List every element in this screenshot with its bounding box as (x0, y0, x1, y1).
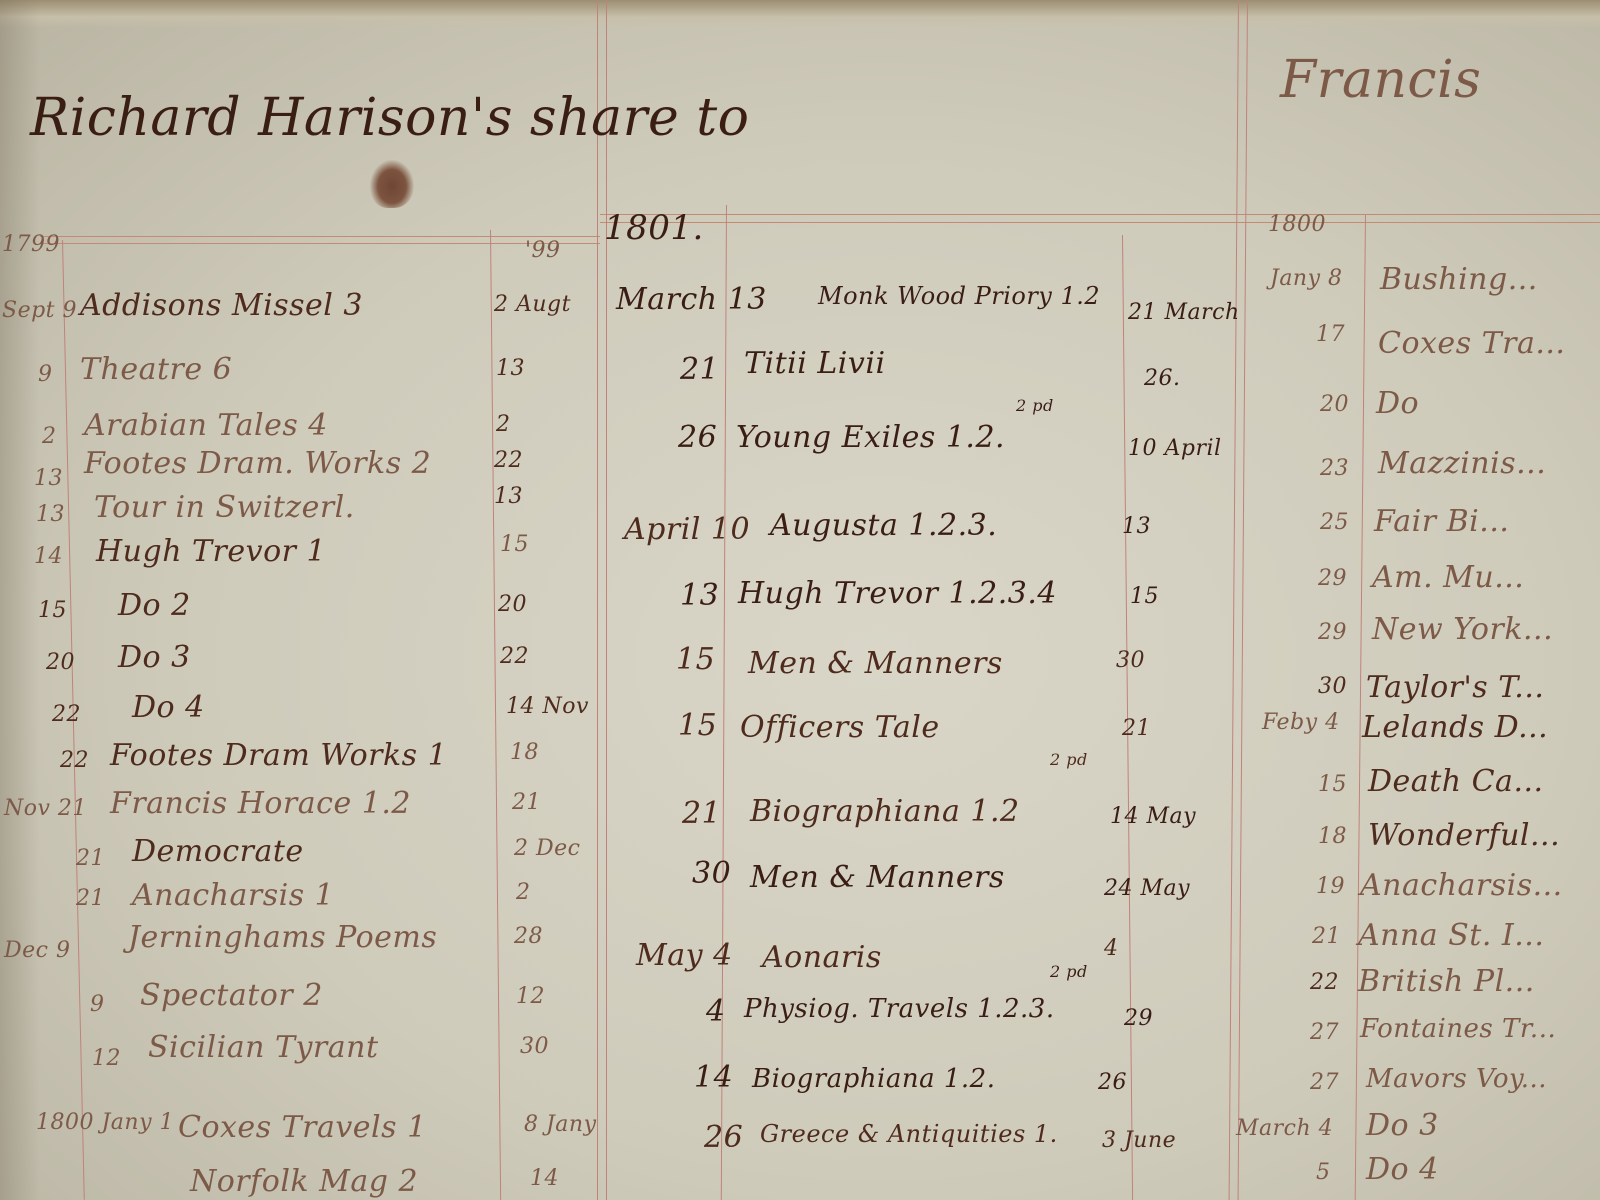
entry-title: Hugh Trevor 1 (96, 534, 326, 569)
entry-title: Taylor's T... (1366, 670, 1544, 705)
entry-title: Men & Manners (748, 646, 1003, 681)
ledger-page: Richard Harison's share to 1799 '99 Sept… (0, 0, 1600, 1200)
entry-date: 29 (1318, 566, 1347, 591)
entry-title: Do 4 (1366, 1152, 1439, 1187)
entry-date: Feby 4 (1262, 710, 1340, 735)
entry-date: 15 (678, 708, 717, 743)
entry-date: Dec 9 (4, 938, 70, 963)
entry-title: Addisons Missel 3 (80, 288, 363, 323)
entry-date: 21 (682, 796, 721, 831)
entry-returned: 13 (496, 356, 525, 381)
entry-title: Wonderful... (1368, 818, 1560, 853)
entry-date: 22 (52, 702, 81, 727)
entry-date: 14 (694, 1060, 733, 1095)
entry-returned: 21 March (1128, 300, 1240, 325)
entry-date: March 13 (616, 282, 767, 317)
entry-returned: 20 (498, 592, 527, 617)
entry-date: 20 (46, 650, 75, 675)
entry-date: 21 (76, 886, 105, 911)
entry-returned: 22 (500, 644, 529, 669)
right-section-heading: Francis (1280, 50, 1481, 110)
entry-date: April 10 (624, 512, 750, 547)
entry-returned: 26 (1098, 1070, 1127, 1095)
entry-title: Biographiana 1.2 (750, 794, 1020, 829)
entry-title: Anacharsis... (1360, 868, 1563, 903)
entry-date: 27 (1310, 1020, 1339, 1045)
entry-returned: 30 (1116, 648, 1145, 673)
left-return-year: '99 (525, 238, 561, 263)
entry-title: Hugh Trevor 1.2.3.4 (738, 576, 1057, 611)
left-section-heading: Richard Harison's share to (30, 88, 749, 148)
entry-title: Mazzinis... (1378, 446, 1546, 481)
entry-date: Sept 9 (2, 298, 77, 323)
entry-title: Do (1376, 386, 1419, 421)
entry-date: 26 (678, 420, 717, 455)
entry-title: Sicilian Tyrant (148, 1030, 379, 1065)
entry-title: Officers Tale (740, 710, 940, 745)
entry-date: 13 (36, 502, 65, 527)
entry-date: 18 (1318, 824, 1347, 849)
entry-title: Mavors Voy... (1366, 1064, 1547, 1094)
entry-title: Young Exiles 1.2. (736, 420, 1005, 455)
entry-title: Footes Dram Works 1 (110, 738, 447, 773)
entry-returned: 2 (516, 880, 531, 905)
entry-title: Do 2 (118, 588, 191, 623)
entry-title: Spectator 2 (140, 978, 323, 1013)
entry-returned: 30 (520, 1034, 549, 1059)
column-rule (1229, 0, 1239, 1200)
entry-returned: 4 (1104, 936, 1119, 961)
entry-returned: 13 (1122, 514, 1151, 539)
entry-date: 27 (1310, 1070, 1339, 1095)
entry-date: March 4 (1236, 1116, 1333, 1141)
entry-title: Am. Mu... (1372, 560, 1524, 595)
entry-date: Jany 8 (1270, 266, 1343, 291)
entry-date: 17 (1316, 322, 1345, 347)
entry-title: Titii Livii (744, 346, 886, 381)
entry-returned: 21 (1122, 716, 1151, 741)
column-rule (1238, 0, 1248, 1200)
entry-title: Jerninghams Poems (128, 920, 437, 955)
entry-date: 19 (1316, 874, 1345, 899)
entry-title: Augusta 1.2.3. (770, 508, 997, 543)
entry-returned: 14 Nov (506, 694, 589, 719)
entry-date: 29 (1318, 620, 1347, 645)
entry-returned: 10 April (1128, 436, 1222, 461)
entry-title: Anacharsis 1 (132, 878, 334, 913)
ink-blot (370, 160, 414, 208)
entry-returned: 29 (1124, 1006, 1153, 1031)
entry-date: 21 (1312, 924, 1341, 949)
entry-note: 2 pd (1050, 750, 1088, 769)
entry-date: 20 (1320, 392, 1349, 417)
entry-title: Aonaris (762, 940, 882, 975)
entry-title: Norfolk Mag 2 (190, 1164, 418, 1199)
entry-date: 25 (1320, 510, 1349, 535)
header-rule (600, 222, 1600, 223)
entry-date: 14 (34, 544, 63, 569)
entry-date: 15 (676, 642, 715, 677)
entry-title: Anna St. I... (1358, 918, 1544, 953)
right-year: 1800 (1268, 212, 1326, 237)
entry-date: 9 (38, 362, 53, 387)
entry-returned: 2 (496, 412, 511, 437)
entry-date: 13 (680, 578, 719, 613)
entry-returned: 22 (494, 448, 523, 473)
entry-title: Do 4 (132, 690, 205, 725)
entry-date: Nov 21 (4, 796, 87, 821)
entry-title: Greece & Antiquities 1. (760, 1120, 1058, 1148)
entry-title: Fair Bi... (1374, 504, 1509, 539)
page-top-edge (0, 0, 1600, 28)
header-rule (600, 214, 1600, 215)
column-rule (597, 0, 598, 1200)
entry-returned: 2 Augt (494, 292, 571, 317)
entry-title: Theatre 6 (80, 352, 232, 387)
entry-returned: 18 (510, 740, 539, 765)
entry-returned: 8 Jany (524, 1112, 597, 1137)
entry-returned: 13 (494, 484, 523, 509)
entry-title: Arabian Tales 4 (84, 408, 328, 443)
entry-returned: 12 (516, 984, 545, 1009)
entry-title: Do 3 (1366, 1108, 1439, 1143)
entry-returned: 3 June (1102, 1128, 1176, 1153)
entry-note: 2 pd (1016, 396, 1054, 415)
entry-title: Fontaines Tr... (1360, 1014, 1556, 1044)
entry-date: 23 (1320, 456, 1349, 481)
entry-title: Men & Manners (750, 860, 1005, 895)
entry-date: 15 (1318, 772, 1347, 797)
column-rule (606, 0, 607, 1200)
entry-returned: 21 (512, 790, 541, 815)
column-rule (1355, 215, 1366, 1200)
middle-year: 1801. (604, 208, 704, 248)
entry-date: 30 (692, 856, 731, 891)
entry-title: Francis Horace 1.2 (110, 786, 411, 821)
entry-date: 21 (680, 352, 719, 387)
entry-returned: 24 May (1104, 876, 1190, 901)
entry-title: Do 3 (118, 640, 191, 675)
entry-title: Coxes Tra... (1378, 326, 1565, 361)
entry-returned: 28 (514, 924, 543, 949)
entry-returned: 14 May (1110, 804, 1196, 829)
entry-title: Biographiana 1.2. (752, 1064, 995, 1094)
entry-title: New York... (1372, 612, 1553, 647)
entry-date: 4 (706, 994, 726, 1029)
entry-date: 30 (1318, 674, 1347, 699)
entry-returned: 14 (530, 1166, 559, 1191)
entry-title: Lelands D... (1362, 710, 1548, 745)
entry-title: Democrate (132, 834, 304, 869)
left-year: 1799 (2, 232, 60, 257)
entry-date: 2 (42, 424, 57, 449)
column-rule (721, 205, 727, 1200)
entry-date: 22 (60, 748, 89, 773)
header-rule (40, 243, 600, 244)
entry-title: Tour in Switzerl. (94, 490, 355, 525)
entry-title: Physiog. Travels 1.2.3. (744, 994, 1055, 1024)
entry-date: 1800 Jany 1 (36, 1110, 174, 1135)
entry-date: 21 (76, 846, 105, 871)
entry-title: Monk Wood Priory 1.2 (818, 282, 1100, 310)
entry-date: 13 (34, 466, 63, 491)
entry-title: Footes Dram. Works 2 (84, 446, 431, 481)
entry-date: 22 (1310, 970, 1339, 995)
entry-date: 12 (92, 1046, 121, 1071)
entry-date: 5 (1316, 1160, 1331, 1185)
entry-date: 15 (38, 598, 67, 623)
entry-date: 26 (704, 1120, 743, 1155)
entry-returned: 26. (1144, 366, 1181, 391)
entry-date: May 4 (636, 938, 733, 973)
entry-date: 9 (90, 992, 105, 1017)
entry-title: British Pl... (1358, 964, 1535, 999)
page-left-shadow (0, 0, 40, 1200)
entry-note: 2 pd (1050, 962, 1088, 981)
header-rule (40, 236, 600, 237)
entry-returned: 15 (500, 532, 529, 557)
entry-title: Death Ca... (1368, 764, 1544, 799)
entry-title: Coxes Travels 1 (178, 1110, 427, 1145)
entry-returned: 2 Dec (514, 836, 580, 861)
entry-returned: 15 (1130, 584, 1159, 609)
entry-title: Bushing... (1380, 262, 1538, 297)
